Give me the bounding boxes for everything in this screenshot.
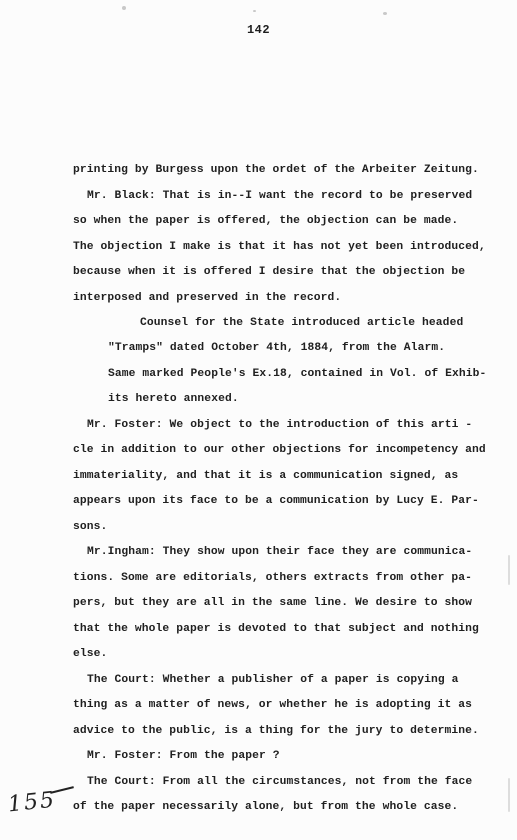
paper-speck	[508, 778, 510, 812]
transcript-line: Same marked People's Ex.18, contained in…	[108, 368, 486, 380]
transcript-line: of the paper necessarily alone, but from…	[73, 801, 458, 813]
transcript-line: tions. Some are editorials, others extra…	[73, 572, 472, 584]
transcript-line: Mr.Ingham: They show upon their face the…	[87, 546, 472, 558]
transcript-line: sons.	[73, 521, 107, 533]
transcript-line: Mr. Black: That is in--I want the record…	[87, 190, 472, 202]
transcript-line: so when the paper is offered, the object…	[73, 215, 458, 227]
transcript-line: "Tramps" dated October 4th, 1884, from t…	[108, 342, 445, 354]
transcript-line: else.	[73, 648, 107, 660]
transcript-line: interposed and preserved in the record.	[73, 292, 341, 304]
transcript-line: Counsel for the State introduced article…	[140, 317, 463, 329]
paper-speck	[508, 555, 510, 585]
transcript-line: its hereto annexed.	[108, 393, 239, 405]
transcript-line: The objection I make is that it has not …	[73, 241, 486, 253]
transcript-line: thing as a matter of news, or whether he…	[73, 699, 472, 711]
transcript-line: because when it is offered I desire that…	[73, 266, 465, 278]
transcript-line: cle in addition to our other objections …	[73, 444, 486, 456]
transcript-line: The Court: From all the circumstances, n…	[87, 776, 472, 788]
paper-speck	[122, 6, 126, 10]
page-number: 142	[0, 23, 517, 37]
transcript-line: pers, but they are all in the same line.…	[73, 597, 472, 609]
transcript-line: printing by Burgess upon the ordet of th…	[73, 164, 479, 176]
transcript-line: Mr. Foster: We object to the introductio…	[87, 419, 472, 431]
transcript-line: Mr. Foster: From the paper ?	[87, 750, 280, 762]
paper-speck	[383, 12, 387, 15]
document-page: 142 printing by Burgess upon the ordet o…	[0, 0, 517, 840]
transcript-line: advice to the public, is a thing for the…	[73, 725, 479, 737]
transcript-line: The Court: Whether a publisher of a pape…	[87, 674, 458, 686]
transcript-line: appears upon its face to be a communicat…	[73, 495, 479, 507]
transcript-line: immateriality, and that it is a communic…	[73, 470, 458, 482]
paper-speck	[253, 10, 256, 12]
transcript-line: that the whole paper is devoted to that …	[73, 623, 479, 635]
